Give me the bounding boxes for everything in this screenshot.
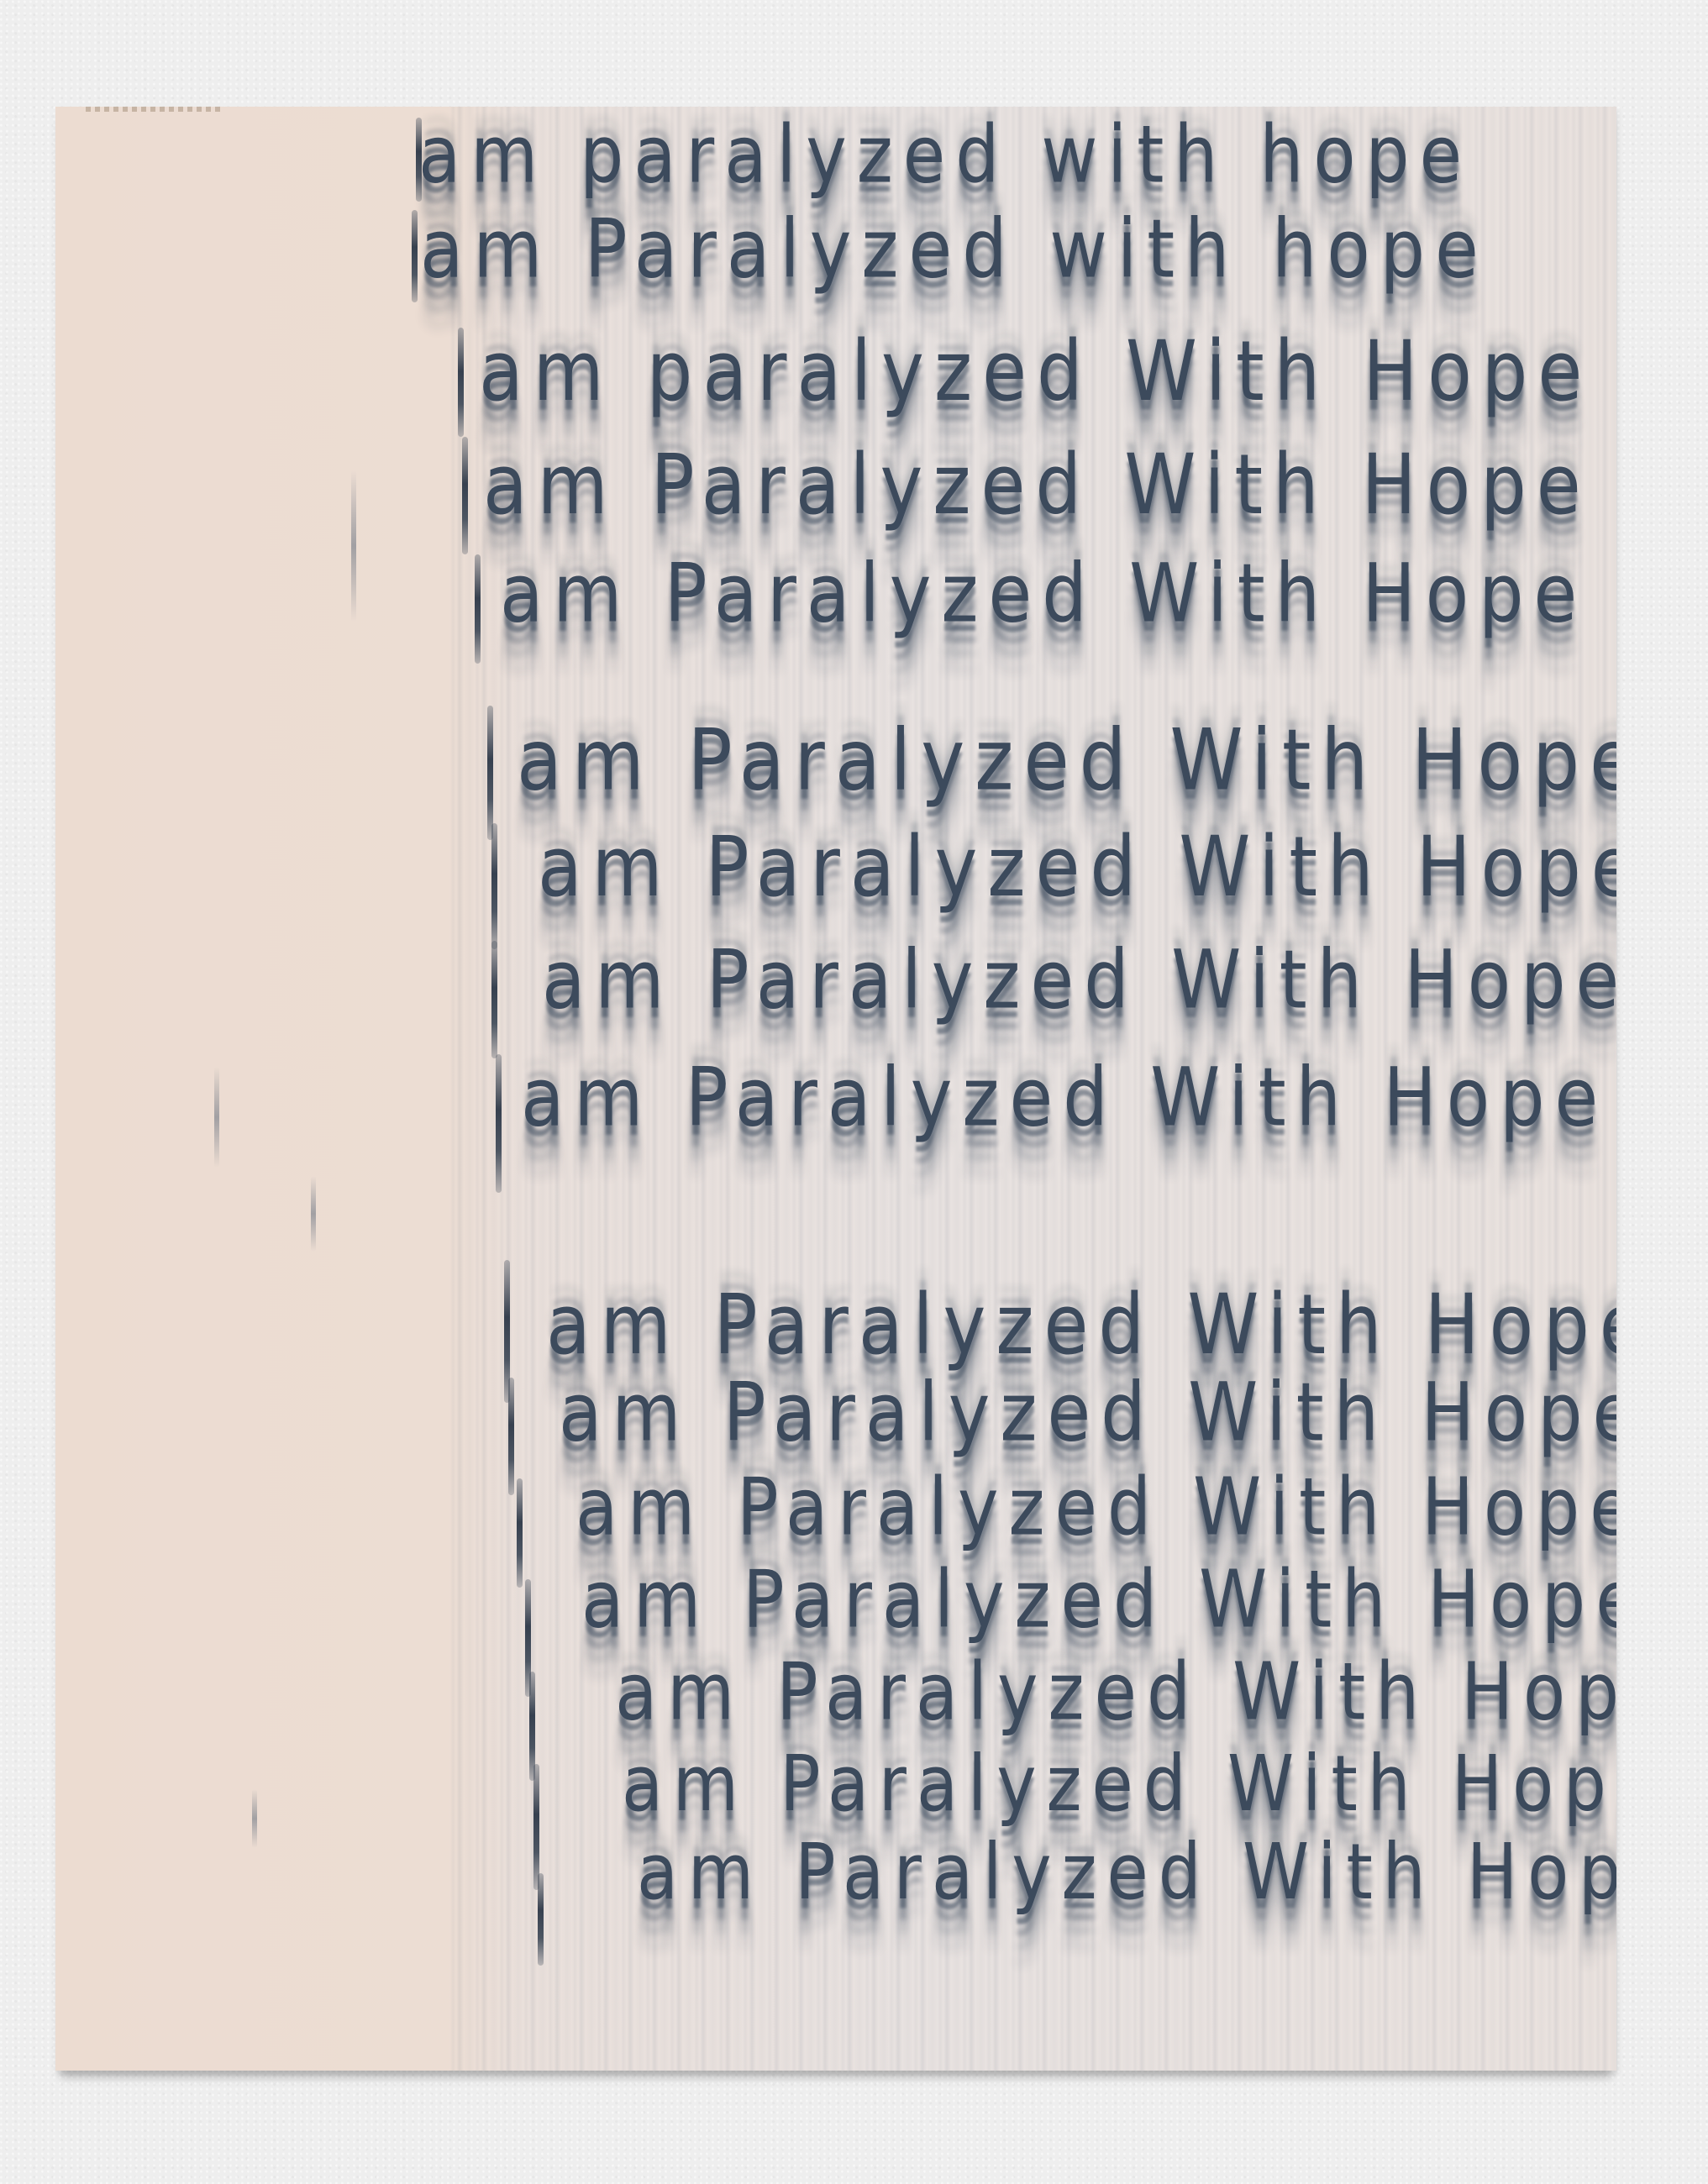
handwritten-line: am paralyzed With Hope xyxy=(479,323,1592,420)
letter-i-stroke xyxy=(412,210,418,302)
ghost-smear-stroke xyxy=(351,470,356,622)
handwritten-line: am Paralyzed With Hope xyxy=(615,1646,1616,1738)
handwritten-line: am paralyzed with hope xyxy=(418,109,1472,201)
handwritten-line: am Paralyzed With Hope xyxy=(483,437,1591,533)
letter-i-stroke xyxy=(508,1378,514,1495)
letter-i-stroke xyxy=(458,328,464,437)
letter-i-stroke xyxy=(462,437,468,554)
ghost-smear-stroke xyxy=(252,1789,257,1848)
handwritten-line: am Paralyzed with hope xyxy=(420,202,1489,297)
handwritten-line: am Paralyzed With Hope xyxy=(538,819,1616,916)
torn-top-edge xyxy=(86,107,220,112)
letter-i-stroke xyxy=(533,1764,539,1890)
artwork-paper: am paralyzed with hopeam Paralyzed with … xyxy=(55,107,1616,2071)
letter-i-stroke xyxy=(491,941,497,1058)
handwritten-line: am Paralyzed With Hope xyxy=(559,1365,1616,1460)
handwritten-line: am Paralyzed With Hope xyxy=(542,932,1616,1027)
letter-i-stroke xyxy=(487,706,493,840)
letter-i-stroke xyxy=(496,1054,502,1193)
handwritten-line: am Paralyzed With Hope xyxy=(622,1739,1616,1829)
ghost-smear-stroke xyxy=(311,1176,316,1252)
ghost-smear-stroke xyxy=(214,1067,219,1168)
handwritten-line: am Paralyzed With Hope xyxy=(581,1554,1616,1646)
letter-i-stroke xyxy=(517,1478,523,1588)
handwritten-line: am Paralyzed With Hope xyxy=(637,1827,1616,1917)
handwritten-line: am Paralyzed With Hope xyxy=(517,710,1616,809)
handwritten-line: am Paralyzed With Hope xyxy=(575,1462,1616,1553)
handwritten-line: am Paralyzed With Hope xyxy=(500,546,1587,641)
letter-i-stroke xyxy=(491,823,497,949)
handwritten-line: am Paralyzed With Hope xyxy=(546,1277,1616,1373)
letter-i-stroke xyxy=(475,554,481,664)
handwritten-line: am Paralyzed With Hope xyxy=(521,1050,1608,1145)
letter-i-stroke xyxy=(538,1873,544,1966)
